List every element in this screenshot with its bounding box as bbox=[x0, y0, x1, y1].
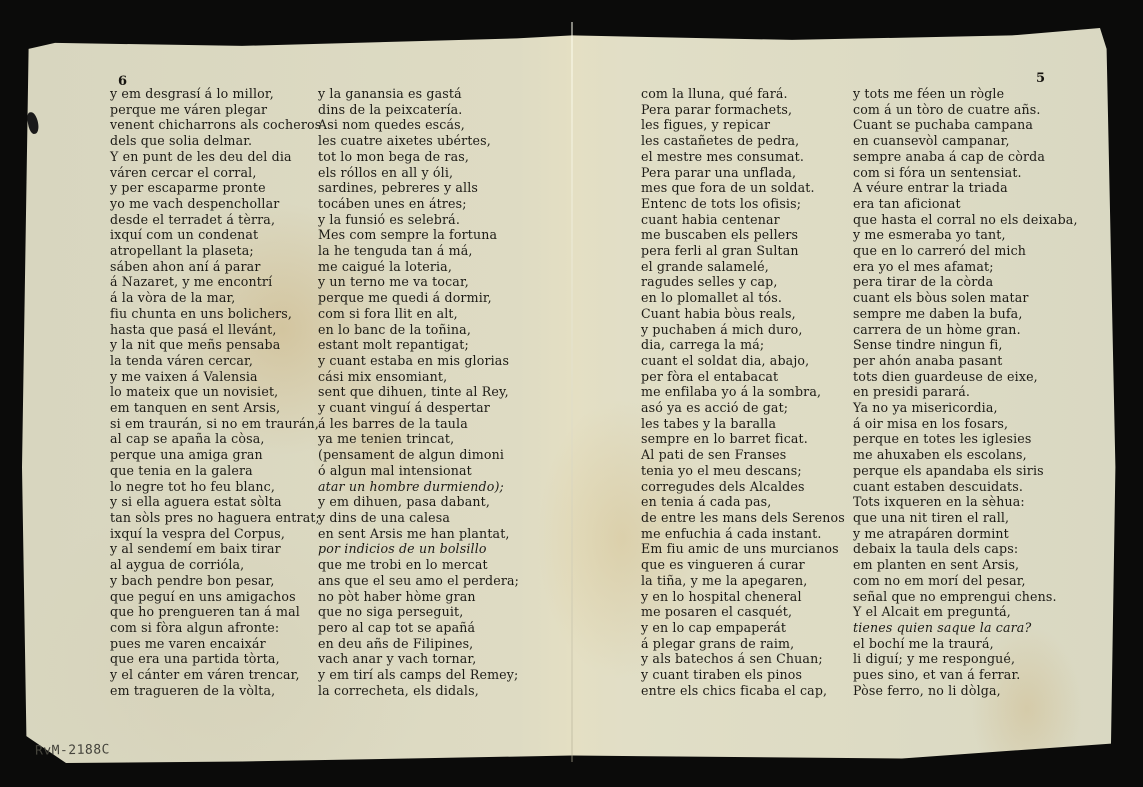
verse-line: que no siga perseguit, bbox=[318, 604, 519, 620]
verse-line: com á un tòro de cuatre añs. bbox=[853, 102, 1078, 118]
verse-line: Sense tindre ningun fi, bbox=[853, 337, 1078, 353]
verse-line: cuant els bòus solen matar bbox=[853, 290, 1078, 306]
verse-line: ya me tenien trincat, bbox=[318, 431, 519, 447]
verse-line: atropellant la plaseta; bbox=[110, 243, 321, 259]
verse-line: Ya no ya misericordia, bbox=[853, 400, 1078, 416]
center-fold bbox=[571, 22, 573, 762]
verse-line: y bach pendre bon pesar, bbox=[110, 573, 321, 589]
verse-line: asó ya es acció de gat; bbox=[641, 400, 845, 416]
verse-line: Pòse ferro, no li dòlga, bbox=[853, 683, 1078, 699]
verse-line: cuant estaben descuidats. bbox=[853, 479, 1078, 495]
verse-line: al cap se apaña la còsa, bbox=[110, 431, 321, 447]
verse-line: y tots me féen un rògle bbox=[853, 86, 1078, 102]
verse-line: cási mix ensomiant, bbox=[318, 369, 519, 385]
verse-line: de entre les mans dels Serenos bbox=[641, 510, 845, 526]
verse-line: cuant habia centenar bbox=[641, 212, 845, 228]
verse-line: A véure entrar la triada bbox=[853, 180, 1078, 196]
right-page-column-1: com la lluna, qué fará.Pera parar formac… bbox=[641, 86, 845, 698]
verse-line: me ahuxaben els escolans, bbox=[853, 447, 1078, 463]
verse-line: el mestre mes consumat. bbox=[641, 149, 845, 165]
verse-line: tienes quien saque la cara? bbox=[853, 620, 1078, 636]
verse-line: perque en totes les iglesies bbox=[853, 431, 1078, 447]
verse-line: debaix la taula dels caps: bbox=[853, 541, 1078, 557]
verse-line: sardines, pebreres y alls bbox=[318, 180, 519, 196]
verse-line: les tabes y la baralla bbox=[641, 416, 845, 432]
verse-line: yo me vach despenchollar bbox=[110, 196, 321, 212]
verse-line: en lo plomallet al tós. bbox=[641, 290, 845, 306]
verse-line: pues me varen encaixár bbox=[110, 636, 321, 652]
verse-line: me caigué la loteria, bbox=[318, 259, 519, 275]
verse-line: tocáben unes en átres; bbox=[318, 196, 519, 212]
verse-line: Pera parar una unflada, bbox=[641, 165, 845, 181]
verse-line: entre els chics ficaba el cap, bbox=[641, 683, 845, 699]
verse-line: y al sendemí em baix tirar bbox=[110, 541, 321, 557]
verse-line: y em tirí als camps del Remey; bbox=[318, 667, 519, 683]
verse-line: y me atrapáren dormint bbox=[853, 526, 1078, 542]
verse-line: em tragueren de la vòlta, bbox=[110, 683, 321, 699]
verse-line: y em desgrasí á lo millor, bbox=[110, 86, 321, 102]
verse-line: tots dien guardeuse de eixe, bbox=[853, 369, 1078, 385]
verse-line: y als batechos á sen Chuan; bbox=[641, 651, 845, 667]
verse-line: en presidi parará. bbox=[853, 384, 1078, 400]
left-page-column-1: y em desgrasí á lo millor,perque me váre… bbox=[110, 86, 321, 698]
verse-line: la tiña, y me la apegaren, bbox=[641, 573, 845, 589]
verse-line: hasta que pasá el llevánt, bbox=[110, 322, 321, 338]
verse-line: Y en punt de les deu del dia bbox=[110, 149, 321, 165]
verse-line: la he tenguda tan á má, bbox=[318, 243, 519, 259]
verse-line: (pensament de algun dimoni bbox=[318, 447, 519, 463]
verse-line: por indicios de un bolsillo bbox=[318, 541, 519, 557]
verse-line: en cuansevòl campanar, bbox=[853, 133, 1078, 149]
verse-line: estant molt repantigat; bbox=[318, 337, 519, 353]
verse-line: que peguí en uns amigachos bbox=[110, 589, 321, 605]
verse-line: Em fiu amic de uns murcianos bbox=[641, 541, 845, 557]
verse-line: pero al cap tot se apañá bbox=[318, 620, 519, 636]
verse-line: sempre anaba á cap de còrda bbox=[853, 149, 1078, 165]
verse-line: Asi nom quedes escás, bbox=[318, 117, 519, 133]
verse-line: que tenia en la galera bbox=[110, 463, 321, 479]
verse-line: Entenc de tots los ofisis; bbox=[641, 196, 845, 212]
verse-line: atar un hombre durmiendo); bbox=[318, 479, 519, 495]
verse-line: com si fóra un sentensiat. bbox=[853, 165, 1078, 181]
verse-line: em tanquen en sent Arsis, bbox=[110, 400, 321, 416]
verse-line: á Nazaret, y me encontrí bbox=[110, 274, 321, 290]
verse-line: si em traurán, si no em traurán, bbox=[110, 416, 321, 432]
verse-line: pues sino, et van á ferrar. bbox=[853, 667, 1078, 683]
verse-line: li diguí; y me respongué, bbox=[853, 651, 1078, 667]
verse-line: y la ganansia es gastá bbox=[318, 86, 519, 102]
verse-line: y cuant vinguí á despertar bbox=[318, 400, 519, 416]
verse-line: que en lo carreró del mich bbox=[853, 243, 1078, 259]
left-page-column-2: y la ganansia es gastádins de la peixcat… bbox=[318, 86, 519, 698]
verse-line: ó algun mal intensionat bbox=[318, 463, 519, 479]
verse-line: á oir misa en los fosars, bbox=[853, 416, 1078, 432]
verse-line: y el cánter em váren trencar, bbox=[110, 667, 321, 683]
verse-line: perque me quedi á dormir, bbox=[318, 290, 519, 306]
verse-line: Al pati de sen Franses bbox=[641, 447, 845, 463]
verse-line: pera ferli al gran Sultan bbox=[641, 243, 845, 259]
verse-line: dins de la peixcatería. bbox=[318, 102, 519, 118]
verse-line: tenia yo el meu descans; bbox=[641, 463, 845, 479]
verse-line: fiu chunta en uns bolichers, bbox=[110, 306, 321, 322]
verse-line: en tenia á cada pas, bbox=[641, 494, 845, 510]
verse-line: em planten en sent Arsis, bbox=[853, 557, 1078, 573]
verse-line: Y el Alcait em preguntá, bbox=[853, 604, 1078, 620]
verse-line: me buscaben els pellers bbox=[641, 227, 845, 243]
verse-line: dia, carrega la má; bbox=[641, 337, 845, 353]
verse-line: y cuant estaba en mis glorias bbox=[318, 353, 519, 369]
verse-line: sempre en lo barret ficat. bbox=[641, 431, 845, 447]
verse-line: y cuant tiraben els pinos bbox=[641, 667, 845, 683]
verse-line: sempre me daben la bufa, bbox=[853, 306, 1078, 322]
verse-line: ixquí la vespra del Corpus, bbox=[110, 526, 321, 542]
verse-line: en sent Arsis me han plantat, bbox=[318, 526, 519, 542]
verse-line: Cuant se puchaba campana bbox=[853, 117, 1078, 133]
verse-line: com si fòra algun afronte: bbox=[110, 620, 321, 636]
verse-line: y em dihuen, pasa dabant, bbox=[318, 494, 519, 510]
verse-line: váren cercar el corral, bbox=[110, 165, 321, 181]
verse-line: les castañetes de pedra, bbox=[641, 133, 845, 149]
right-page-number: 5 bbox=[1036, 71, 1045, 86]
verse-line: mes que fora de un soldat. bbox=[641, 180, 845, 196]
verse-line: tan sòls pres no haguera entrat; bbox=[110, 510, 321, 526]
verse-line: pera tirar de la còrda bbox=[853, 274, 1078, 290]
verse-line: ragudes selles y cap, bbox=[641, 274, 845, 290]
verse-line: les figues, y repicar bbox=[641, 117, 845, 133]
verse-line: en deu añs de Filipines, bbox=[318, 636, 519, 652]
verse-line: y la funsió es selebrá. bbox=[318, 212, 519, 228]
verse-line: perque una amiga gran bbox=[110, 447, 321, 463]
verse-line: y la nit que meñs pensaba bbox=[110, 337, 321, 353]
verse-line: Cuant habia bòus reals, bbox=[641, 306, 845, 322]
verse-line: señal que no emprengui chens. bbox=[853, 589, 1078, 605]
verse-line: que una nit tiren el rall, bbox=[853, 510, 1078, 526]
verse-line: no pòt haber hòme gran bbox=[318, 589, 519, 605]
verse-line: la correcheta, els didals, bbox=[318, 683, 519, 699]
verse-line: dels que solia delmar. bbox=[110, 133, 321, 149]
verse-line: Pera parar formachets, bbox=[641, 102, 845, 118]
verse-line: per ahón anaba pasant bbox=[853, 353, 1078, 369]
verse-line: ixquí com un condenat bbox=[110, 227, 321, 243]
verse-line: venent chicharrons als cocheros bbox=[110, 117, 321, 133]
verse-line: que era una partida tòrta, bbox=[110, 651, 321, 667]
verse-line: lo negre tot ho feu blanc, bbox=[110, 479, 321, 495]
verse-line: á les barres de la taula bbox=[318, 416, 519, 432]
verse-line: me posaren el casquét, bbox=[641, 604, 845, 620]
verse-line: á la vòra de la mar, bbox=[110, 290, 321, 306]
verse-line: el grande salamelé, bbox=[641, 259, 845, 275]
verse-line: el bochí me la traurá, bbox=[853, 636, 1078, 652]
verse-line: Tots ixqueren en la sèhua: bbox=[853, 494, 1078, 510]
verse-line: en lo banc de la toñina, bbox=[318, 322, 519, 338]
verse-line: y me vaixen á Valensia bbox=[110, 369, 321, 385]
verse-line: me enfuchia á cada instant. bbox=[641, 526, 845, 542]
verse-line: á plegar grans de raim, bbox=[641, 636, 845, 652]
verse-line: y si ella aguera estat sòlta bbox=[110, 494, 321, 510]
verse-line: y puchaben á mich duro, bbox=[641, 322, 845, 338]
verse-line: y en lo cap empaperát bbox=[641, 620, 845, 636]
verse-line: y en lo hospital cheneral bbox=[641, 589, 845, 605]
verse-line: corregudes dels Alcaldes bbox=[641, 479, 845, 495]
verse-line: com la lluna, qué fará. bbox=[641, 86, 845, 102]
verse-line: lo mateix que un novisiet, bbox=[110, 384, 321, 400]
verse-line: com si fora llit en alt, bbox=[318, 306, 519, 322]
verse-line: sent que dihuen, tinte al Rey, bbox=[318, 384, 519, 400]
verse-line: les cuatre aixetes ubértes, bbox=[318, 133, 519, 149]
verse-line: me enfilaba yo á la sombra, bbox=[641, 384, 845, 400]
verse-line: tot lo mon bega de ras, bbox=[318, 149, 519, 165]
verse-line: al aygua de corrióla, bbox=[110, 557, 321, 573]
verse-line: era yo el mes afamat; bbox=[853, 259, 1078, 275]
verse-line: els róllos en all y óli, bbox=[318, 165, 519, 181]
verse-line: com no em morí del pesar, bbox=[853, 573, 1078, 589]
verse-line: que me trobi en lo mercat bbox=[318, 557, 519, 573]
verse-line: perque me váren plegar bbox=[110, 102, 321, 118]
verse-line: Mes com sempre la fortuna bbox=[318, 227, 519, 243]
verse-line: la tenda váren cercar, bbox=[110, 353, 321, 369]
verse-line: per fòra el entabacat bbox=[641, 369, 845, 385]
verse-line: desde el terradet á tèrra, bbox=[110, 212, 321, 228]
handwritten-shelfmark: RvM-2188C bbox=[35, 742, 110, 758]
verse-line: vach anar y vach tornar, bbox=[318, 651, 519, 667]
verse-line: y un terno me va tocar, bbox=[318, 274, 519, 290]
verse-line: perque els apandaba els siris bbox=[853, 463, 1078, 479]
verse-line: y per escaparme pronte bbox=[110, 180, 321, 196]
verse-line: y me esmeraba yo tant, bbox=[853, 227, 1078, 243]
verse-line: que hasta el corral no els deixaba, bbox=[853, 212, 1078, 228]
verse-line: ans que el seu amo el perdera; bbox=[318, 573, 519, 589]
verse-line: que es vingueren á curar bbox=[641, 557, 845, 573]
verse-line: cuant el soldat dia, abajo, bbox=[641, 353, 845, 369]
verse-line: sáben ahon aní á parar bbox=[110, 259, 321, 275]
verse-line: carrera de un hòme gran. bbox=[853, 322, 1078, 338]
verse-line: que ho prengueren tan á mal bbox=[110, 604, 321, 620]
verse-line: era tan aficionat bbox=[853, 196, 1078, 212]
verse-line: y dins de una calesa bbox=[318, 510, 519, 526]
right-page-column-2: y tots me féen un ròglecom á un tòro de … bbox=[853, 86, 1078, 698]
